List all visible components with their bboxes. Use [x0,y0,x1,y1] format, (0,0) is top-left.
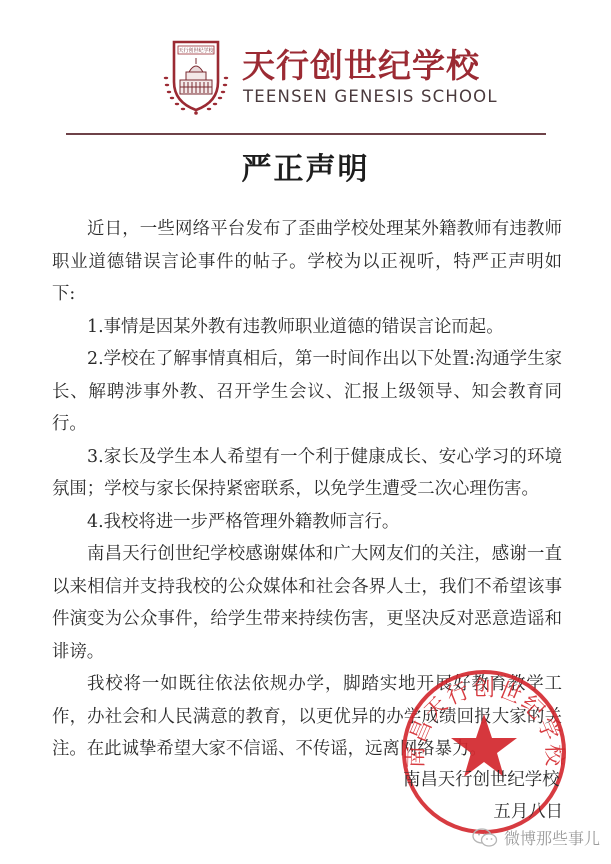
paragraph-point-3: 3.家长及学生本人希望有一个利于健康成长、安心学习的环境氛围；学校与家长保持紧密… [52,441,562,506]
document-title: 严正声明 [0,150,611,190]
school-name-cn: 天行创世纪学校 [242,48,480,84]
signature-block: 南昌天行创世纪学校 五月八日 [403,764,563,828]
signature-date: 五月八日 [403,796,563,828]
paragraph-point-4: 4.我校将进一步严格管理外籍教师言行。 [52,506,562,539]
watermark-label: 微博那些事儿 [504,826,600,849]
wechat-icon [472,828,498,848]
watermark: 微博那些事儿 [472,826,600,849]
svg-text:天行创世纪学校: 天行创世纪学校 [178,47,214,54]
school-name-en: TEENSEN GENESIS SCHOOL [243,87,498,107]
signature-organization: 南昌天行创世纪学校 [403,764,563,796]
paragraph-thanks: 南昌天行创世纪学校感谢媒体和广大网友们的关注，感谢一直以来相信并支持我校的公众媒… [52,538,562,668]
school-logo: 天行创世纪学校 天行创世纪学校 TEENSEN GENESIS SCHOOL [160,38,480,116]
header-divider [66,133,546,135]
paragraph-point-2: 2.学校在了解事情真相后，第一时间作出以下处置:沟通学生家长、解聘涉事外教、召开… [52,343,562,441]
paragraph-intro: 近日，一些网络平台发布了歪曲学校处理某外籍教师有违教师职业道德错误言论事件的帖子… [52,213,562,311]
school-crest-icon: 天行创世纪学校 [160,38,232,116]
paragraph-point-1: 1.事情是因某外教有违教师职业道德的错误言论而起。 [52,311,562,344]
